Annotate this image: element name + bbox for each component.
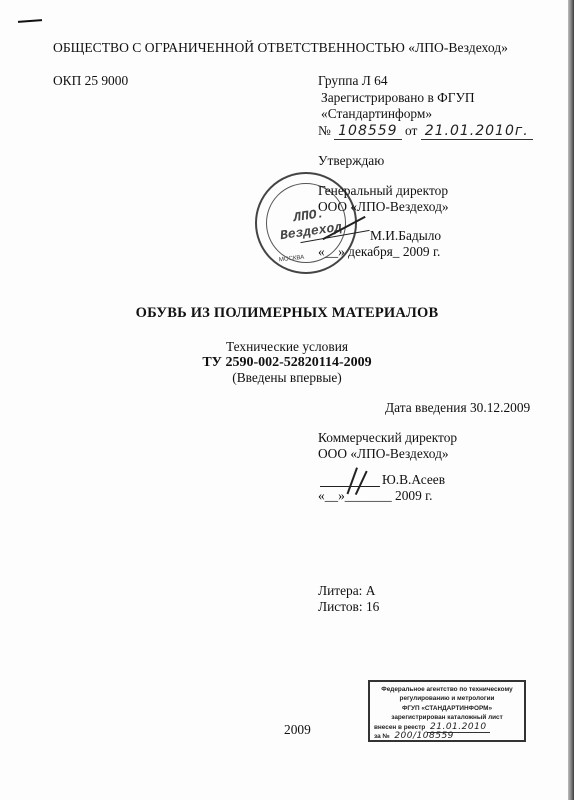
cd-date: «__»_______ 2009 г. (318, 488, 445, 504)
registration-date: 21.01.2010г. (421, 123, 533, 140)
litera: Литера: А (318, 583, 379, 599)
litera-block: Литера: А Листов: 16 (318, 583, 379, 615)
scan-mark (18, 19, 42, 23)
number-prefix: № (318, 123, 331, 138)
commercial-director-block: Коммерческий директор ООО «ЛПО-Вездеход» (318, 430, 457, 462)
registry-number: 200/108559 (391, 731, 457, 742)
registration-block: Группа Л 64 Зарегистрировано в ФГУП «Ста… (318, 73, 533, 139)
registry-line-3: ФГУП «СТАНДАРТИНФОРМ» (374, 704, 520, 713)
gd-position: Генеральный директор (318, 183, 449, 199)
spec-note: (Введены впервые) (0, 370, 574, 386)
spec-type: Технические условия (0, 339, 574, 355)
date-prefix: от (405, 123, 417, 138)
registry-number-row: за № 200/108559 (374, 732, 520, 741)
approve-label: Утверждаю (318, 153, 384, 169)
registry-line-1: Федеральное агентство по техническому (374, 685, 520, 694)
number-label: за № (374, 733, 390, 740)
seal-city: МОСКВА (279, 255, 305, 264)
registry-line-2: регулированию и метрологии (374, 694, 520, 703)
cd-company: ООО «ЛПО-Вездеход» (318, 446, 457, 462)
registration-number-line: № 108559 от 21.01.2010г. (318, 123, 533, 140)
registration-number: 108559 (334, 123, 401, 140)
gd-company: ООО «ЛПО-Вездеход» (318, 199, 449, 215)
commercial-signature-block: Ю.В.Асеев «__»_______ 2009 г. (318, 472, 445, 504)
spec-block: Технические условия ТУ 2590-002-52820114… (0, 339, 574, 386)
document-title: ОБУВЬ ИЗ ПОЛИМЕРНЫХ МАТЕРИАЛОВ (0, 305, 574, 322)
organization-header: ОБЩЕСТВО С ОГРАНИЧЕННОЙ ОТВЕТСТВЕННОСТЬЮ… (53, 40, 508, 56)
introduction-date: Дата введения 30.12.2009 (385, 400, 530, 416)
spec-code: ТУ 2590-002-52820114-2009 (0, 355, 574, 371)
gd-date: «__» декабря_ 2009 г. (318, 244, 449, 260)
okp-code: ОКП 25 9000 (53, 73, 128, 89)
registered-line-1: Зарегистрировано в ФГУП (318, 90, 533, 107)
entered-label: внесен в реестр (374, 724, 425, 731)
scan-edge (568, 0, 574, 800)
sheets-count: Листов: 16 (318, 599, 379, 615)
general-director-block: Генеральный директор ООО «ЛПО-Вездеход» … (318, 183, 449, 260)
document-year: 2009 (284, 722, 311, 738)
registry-stamp: Федеральное агентство по техническому ре… (368, 680, 526, 742)
cd-position: Коммерческий директор (318, 430, 457, 446)
registered-line-2: «Стандартинформ» (318, 106, 533, 123)
group-code: Группа Л 64 (318, 73, 533, 90)
